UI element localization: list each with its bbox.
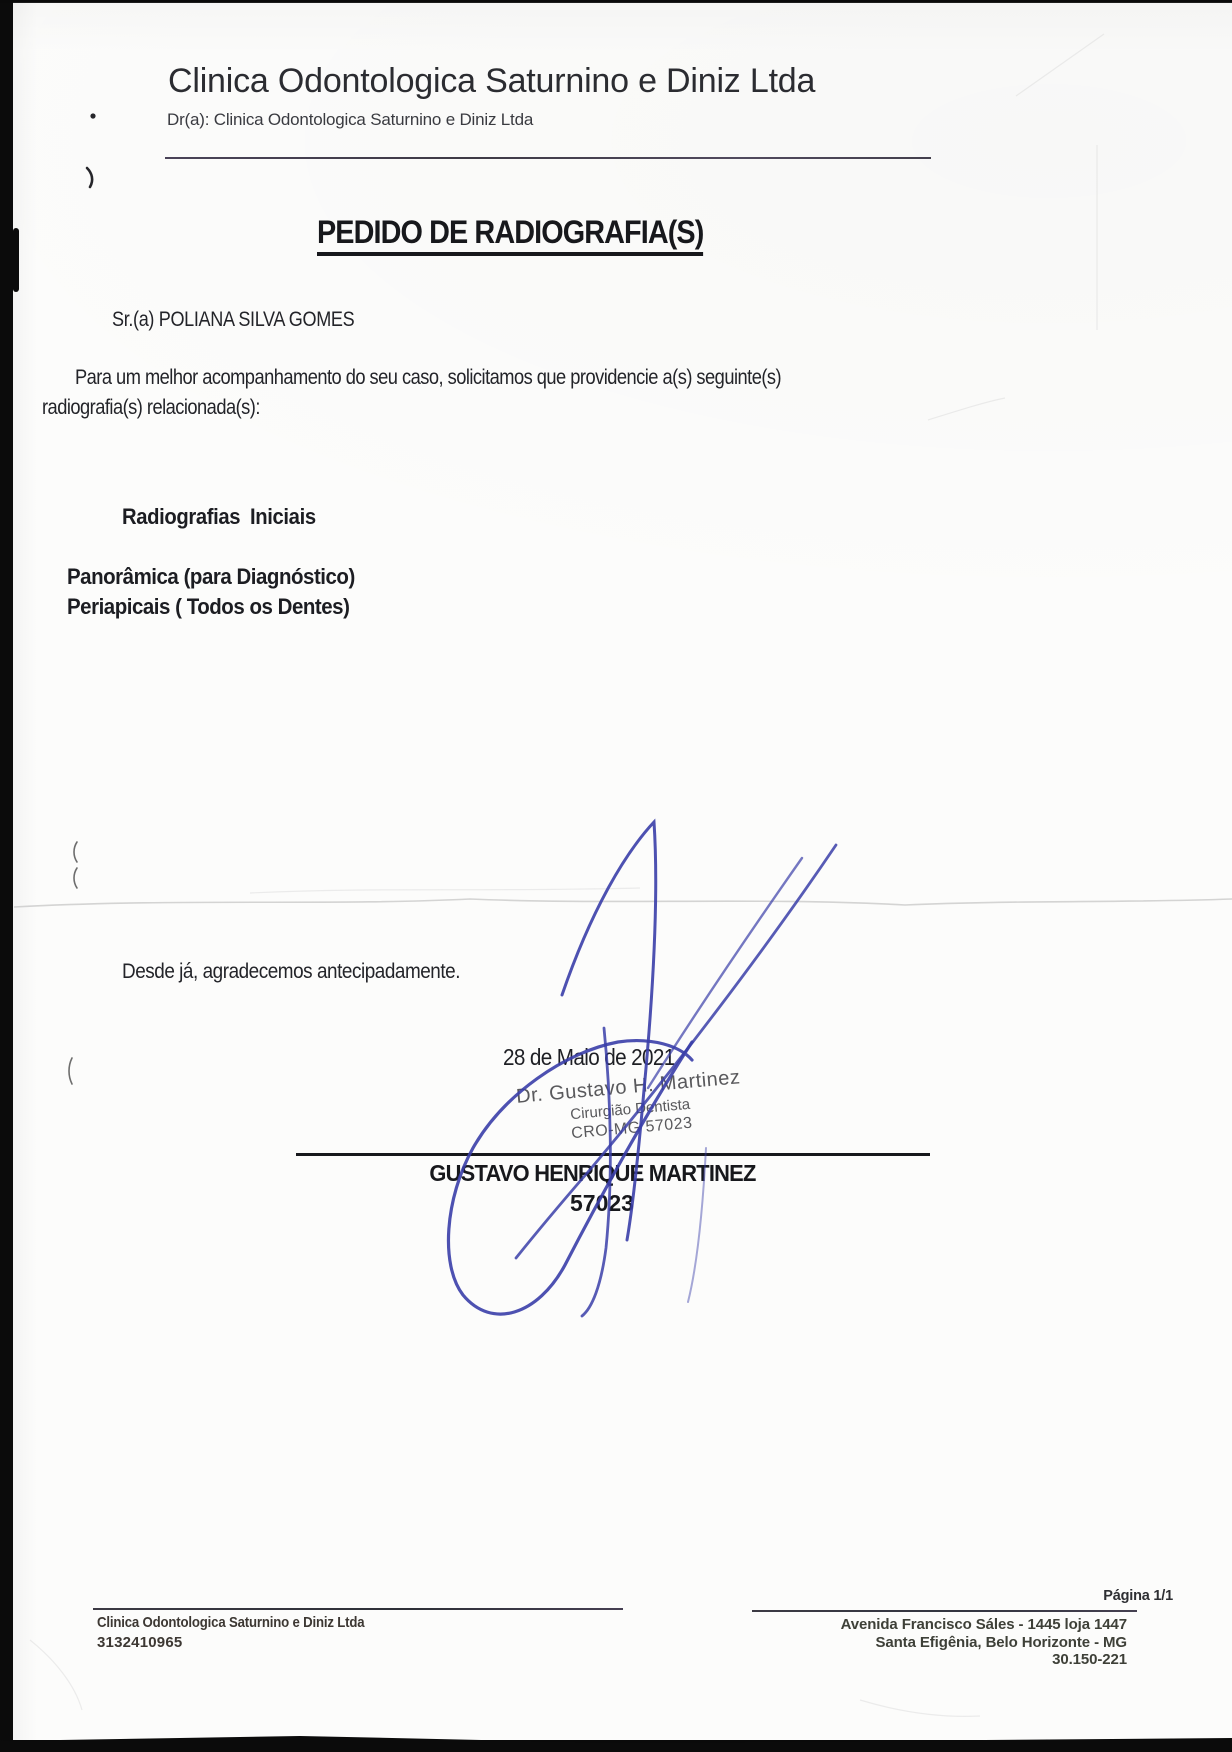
closing-line: Desde já, agradecemos antecipadamente. bbox=[122, 960, 460, 984]
scanned-document: Clinica Odontologica Saturnino e Diniz L… bbox=[0, 0, 1232, 1752]
signatory-number: 57023 bbox=[412, 1190, 792, 1217]
signatory-name: GUSTAVO HENRIQUE MARTINEZ bbox=[412, 1160, 773, 1187]
document-title: PEDIDO DE RADIOGRAFIA(S) bbox=[317, 214, 703, 256]
date-line: 28 de Maio de 2021 bbox=[503, 1044, 675, 1071]
radiograph-item: Periapicais ( Todos os Dentes) bbox=[67, 594, 349, 620]
footer-phone: 3132410965 bbox=[97, 1634, 182, 1651]
radiograph-item: Panorâmica (para Diagnóstico) bbox=[67, 564, 355, 590]
footer-divider-right bbox=[752, 1610, 1137, 1612]
section-title: Radiografias Iniciais bbox=[122, 504, 316, 530]
footer-address-line3: 30.150-221 bbox=[737, 1651, 1127, 1669]
footer-address-block: Avenida Francisco Sáles - 1445 loja 1447… bbox=[737, 1616, 1127, 1669]
footer-address-line2: Santa Efigênia, Belo Horizonte - MG bbox=[737, 1634, 1127, 1652]
page-indicator: Página 1/1 bbox=[973, 1588, 1173, 1604]
signature-divider bbox=[296, 1153, 930, 1156]
doctor-subtitle: Dr(a): Clinica Odontologica Saturnino e … bbox=[167, 110, 533, 130]
intro-paragraph-line1: Para um melhor acompanhamento do seu cas… bbox=[75, 366, 781, 390]
patient-line: Sr.(a) POLIANA SILVA GOMES bbox=[112, 308, 354, 332]
footer-divider-left bbox=[93, 1608, 623, 1610]
intro-paragraph-line2: radiografia(s) relacionada(s): bbox=[42, 396, 260, 420]
clinic-name-heading: Clinica Odontologica Saturnino e Diniz L… bbox=[168, 62, 815, 101]
footer-clinic-name: Clinica Odontologica Saturnino e Diniz L… bbox=[97, 1614, 364, 1631]
footer-address-line1: Avenida Francisco Sáles - 1445 loja 1447 bbox=[737, 1616, 1127, 1634]
paper-sheet bbox=[13, 2, 1232, 1740]
header-divider bbox=[165, 157, 931, 159]
